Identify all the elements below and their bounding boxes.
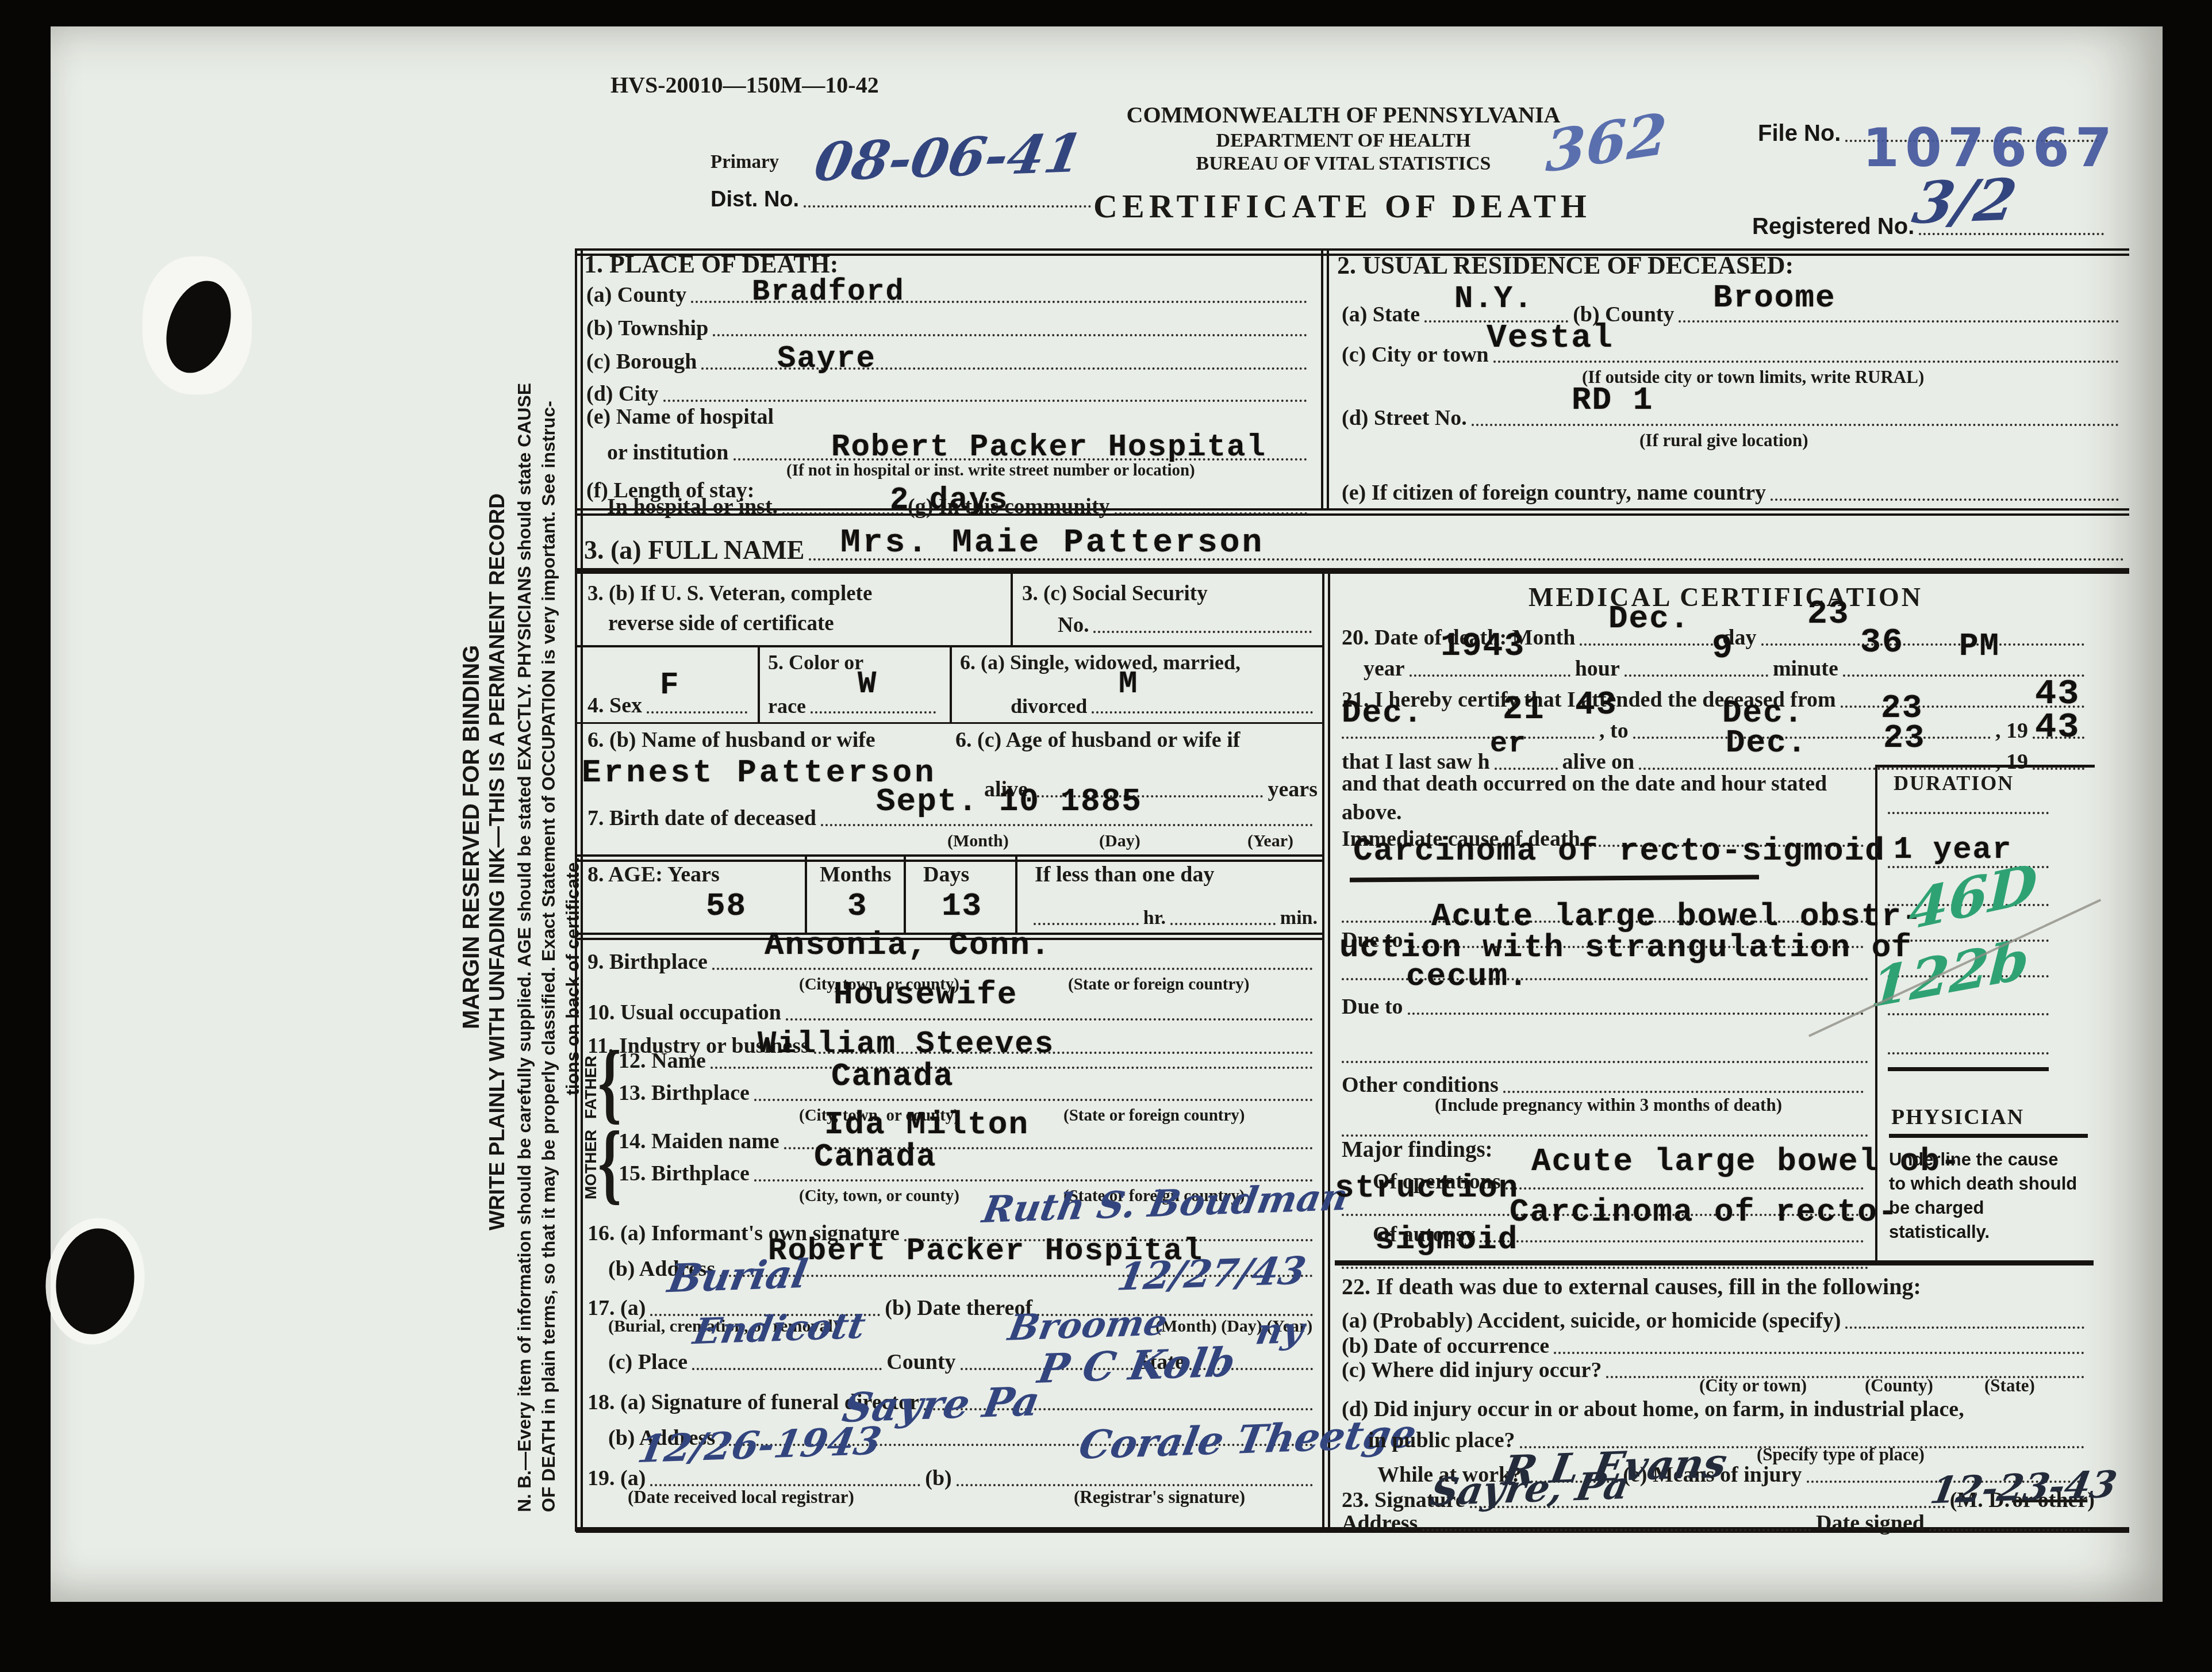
- disposition-county-label: County: [886, 1351, 955, 1373]
- marital-value: M: [1119, 669, 1138, 700]
- s1-hospital-note: (If not in hospital or inst. write stree…: [786, 462, 1195, 479]
- med-from-rule2: [1633, 737, 1991, 739]
- margin-note-line4: OF DEATH in plain terms, so that it may …: [539, 401, 558, 1512]
- med-month-rule: [1580, 643, 1718, 646]
- external-title: 22. If death was due to external causes,…: [1342, 1275, 1921, 1298]
- mother-name-label: 14. Maiden name: [619, 1130, 779, 1152]
- father-bp-line: 13. Birthplace: [619, 1073, 1318, 1104]
- med-year-label: year: [1364, 658, 1405, 680]
- s2-county-rule: [1679, 320, 2119, 323]
- cause-blank-dots2: [1342, 1035, 1868, 1066]
- father-name-value: William Steeves: [758, 1029, 1054, 1060]
- s1-city-rule: [663, 400, 1307, 402]
- mother-bp-line: 15. Birthplace: [619, 1153, 1318, 1184]
- med-certify-line: 21. I hereby certify that I attended the…: [1342, 680, 2089, 711]
- external-d-label2: in public place?: [1368, 1429, 1515, 1451]
- certifier-addr-label: Address: [1342, 1512, 1418, 1534]
- med-from-rule1: [1342, 737, 1595, 739]
- s2-city-value: Vestal: [1487, 322, 1614, 355]
- med-saw-label1: that I last saw h: [1342, 751, 1490, 773]
- age-years-value: 58: [706, 890, 747, 922]
- s1-borough-value: Sayre: [777, 344, 876, 375]
- duration-dot6: [1888, 1013, 2049, 1015]
- mother-note-city: (City, town, or county): [799, 1188, 959, 1205]
- birthdate-value: Sept. 10 1885: [876, 785, 1142, 818]
- rule-left: [575, 248, 583, 1532]
- duration-dot7: [1888, 1052, 2049, 1054]
- birthdate-rule: [821, 824, 1313, 826]
- color-line: race: [768, 685, 940, 716]
- rule-5-6: [950, 647, 952, 722]
- s2-city-line: (c) City or town: [1342, 335, 2123, 366]
- spouse-age-label: 6. (c) Age of husband or wife if: [955, 729, 1240, 751]
- rule-col-divider: [1322, 574, 1330, 1532]
- certifier-addr-value: Sayre, Pa: [1427, 1466, 1632, 1511]
- duration-top-rule: [1875, 765, 2095, 768]
- color-label1: 5. Color or: [768, 652, 863, 673]
- s2-street-line: (d) Street No.: [1342, 398, 2123, 429]
- operations-value-line2: struction: [1335, 1172, 1519, 1204]
- department-line: DEPARTMENT OF HEALTH: [1070, 131, 1616, 151]
- s1-city-label: (d) City: [586, 383, 659, 405]
- ssn-rule: [1093, 631, 1312, 633]
- med-day-rule: [1761, 643, 2085, 646]
- autopsy-value-line2: sigmoid: [1375, 1224, 1518, 1256]
- due2-label: Due to: [1342, 996, 1403, 1018]
- s1-borough-line: (c) Borough: [586, 342, 1312, 373]
- rule-fullname-bottom: [576, 568, 2129, 574]
- bureau-line: BUREAU OF VITAL STATISTICS: [1070, 154, 1616, 174]
- marital-label2: divorced: [1011, 696, 1087, 716]
- margin-note-line2: WRITE PLAINLY WITH UNFADING INK—THIS IS …: [486, 493, 508, 1230]
- med-saw-year: 43: [2035, 710, 2080, 745]
- marital-rule: [1092, 711, 1313, 714]
- registered-no-label: Registered No.: [1752, 215, 1914, 238]
- med-occurred-label1: and that death occurred on the date and …: [1342, 773, 1827, 795]
- rule-below-456: [576, 722, 1324, 724]
- med-saw-day: 23: [1883, 722, 1926, 756]
- med-from-line: , to, 19: [1342, 711, 2089, 742]
- other-conditions-line: Other conditions: [1342, 1065, 1868, 1096]
- age-label: 8. AGE: Years: [587, 864, 720, 885]
- certifier-addr-rule: [1422, 1529, 1811, 1531]
- dist-no-label: Dist. No.: [711, 189, 799, 210]
- med-hour-label: hour: [1575, 658, 1620, 680]
- s2-street-label: (d) Street No.: [1342, 407, 1467, 429]
- birthplace-label: 9. Birthplace: [587, 951, 708, 973]
- fullname-line: 3. (a) FULL NAME: [584, 532, 2129, 563]
- rule-4-5: [758, 647, 760, 722]
- s1-city-line: (d) City: [586, 374, 1312, 405]
- ssn-line: No.: [1058, 605, 1316, 636]
- veteran-label1: 3. (b) If U. S. Veteran, complete: [587, 583, 872, 604]
- funeral-value: P C Kolb: [1035, 1342, 1238, 1389]
- certifier-date-label: Date signed: [1816, 1512, 1925, 1534]
- med-to-sep: , 19: [1995, 720, 2028, 742]
- med-from-year: 43: [1575, 689, 1618, 722]
- med-saw-value: er: [1490, 730, 1527, 759]
- rule-below-7: [576, 854, 1324, 862]
- med-from-month: Dec.: [1342, 697, 1423, 729]
- med-saw-label2: alive on: [1562, 751, 1635, 773]
- external-c-note3: (State): [1984, 1376, 2035, 1394]
- color-rule: [811, 711, 936, 714]
- sex-label: 4. Sex: [587, 695, 642, 716]
- color-label2: race: [768, 696, 806, 716]
- age-hrmin-line: hr.min.: [1029, 897, 1318, 928]
- father-bp-value: Canada: [831, 1060, 954, 1092]
- s2-foreign-line: (e) If citizen of foreign country, name …: [1342, 473, 2123, 504]
- med-from-day: 21: [1503, 693, 1545, 727]
- med-day-value: 23: [1807, 598, 1850, 631]
- age-days-value: 13: [942, 890, 982, 922]
- ssn-no-label: No.: [1058, 615, 1089, 636]
- external-c-note2: (County): [1865, 1376, 1933, 1394]
- med-saw-sep: , 19: [1995, 751, 2028, 773]
- immediate-cause-value: Carcinoma of recto-sigmoid: [1353, 835, 1885, 867]
- penciled-number: 362: [1545, 105, 1668, 180]
- s2-foreign-rule: [1771, 498, 2119, 501]
- birth-month-note: (Month): [947, 833, 1009, 850]
- registrar-label-b: (b): [925, 1467, 951, 1489]
- occupation-label: 10. Usual occupation: [587, 1002, 781, 1023]
- s2-city-rule: [1493, 361, 2119, 363]
- s1-stay-value: 2 days: [890, 485, 1008, 516]
- external-c-label: (c) Where did injury occur?: [1342, 1359, 1602, 1381]
- color-value: W: [858, 669, 877, 700]
- duration-label: DURATION: [1894, 773, 2014, 793]
- s1-county-label: (a) County: [586, 284, 686, 306]
- father-bp-label: 13. Birthplace: [619, 1082, 750, 1104]
- dist-no-value: 08-06-41: [811, 126, 1086, 189]
- med-hour-rule: [1625, 674, 1768, 677]
- duration-solid-rule: [1888, 1067, 2049, 1071]
- punch-hole-bottom: [49, 1224, 141, 1340]
- s2-street-note: (If rural give location): [1639, 431, 1808, 449]
- spouse-label: 6. (b) Name of husband or wife: [587, 729, 875, 751]
- father-name-rule: [711, 1067, 1313, 1069]
- marital-label1: 6. (a) Single, widowed, married,: [960, 652, 1241, 673]
- margin-note-line3: N. B.—Every item of information should b…: [515, 383, 533, 1512]
- s1-stay-rule: [782, 512, 903, 515]
- age-less-label: If less than one day: [1035, 864, 1215, 885]
- s2-county-value: Broome: [1713, 282, 1836, 314]
- registered-no-value: 3/2: [1909, 171, 2021, 232]
- sex-rule: [647, 711, 747, 714]
- age-min-label: min.: [1280, 908, 1318, 928]
- s2-state-label: (a) State: [1342, 304, 1420, 325]
- disposition-label: 17. (a): [587, 1297, 646, 1319]
- rule-age3: [1015, 857, 1017, 933]
- s1-township-line: (b) Township: [586, 308, 1312, 339]
- due2-line: Due to: [1342, 987, 1868, 1018]
- age-hr-label: hr.: [1143, 908, 1166, 928]
- disposition-value: Burial: [665, 1255, 810, 1298]
- s1-township-rule: [713, 334, 1307, 336]
- registrar-sig-note: (Registrar's signature): [1074, 1488, 1245, 1506]
- s1-hospital-value: Robert Packer Hospital: [831, 432, 1266, 463]
- med-month-value: Dec.: [1608, 603, 1690, 635]
- spouse-age-years: years: [1268, 779, 1318, 800]
- certificate-title: CERTIFICATE OF DEATH: [1029, 190, 1656, 223]
- rule-mid-upper: [1321, 248, 1329, 511]
- certifier-date-value: 12-23-43: [1927, 1466, 2119, 1509]
- mother-bp-label: 15. Birthplace: [619, 1163, 750, 1184]
- disposition-place-value: Endicott: [690, 1308, 868, 1349]
- med-minute-label: minute: [1773, 658, 1838, 680]
- s2-street-value: RD 1: [1572, 384, 1653, 416]
- fullname-label: 3. (a) FULL NAME: [584, 537, 804, 563]
- birthplace-note-state: (State or foreign country): [1068, 976, 1249, 993]
- mother-name-value: Ida Milton: [824, 1109, 1029, 1141]
- s2-foreign-label: (e) If citizen of foreign country, name …: [1342, 482, 1766, 504]
- duration-dot1: [1888, 812, 2049, 814]
- file-no-label: File No.: [1758, 122, 1841, 145]
- ssn-label: 3. (c) Social Security: [1022, 583, 1208, 604]
- father-side-label: FATHER: [583, 1056, 599, 1119]
- age-days-label: Days: [923, 864, 969, 885]
- rule-age2: [904, 857, 906, 933]
- other-blank-rule: [1342, 1134, 1868, 1137]
- s1-county-value: Bradford: [752, 277, 905, 307]
- physician-note: Underline the cause to which death shoul…: [1889, 1148, 2079, 1244]
- commonwealth-line: COMMONWEALTH OF PENNSYLVANIA: [1070, 103, 1616, 126]
- s2-state-value: N.Y.: [1454, 284, 1534, 315]
- rule-age1: [805, 857, 807, 933]
- disposition-date-value: 12/27/43: [1115, 1251, 1309, 1295]
- father-bp-rule: [754, 1099, 1313, 1101]
- s1-hospital-label2: or institution: [607, 442, 729, 463]
- med-year-rule: [1410, 674, 1570, 677]
- primary-label: Primary: [711, 153, 779, 172]
- rule-3b3c: [1011, 574, 1013, 645]
- disposition-date-label: (b) Date thereof: [885, 1297, 1032, 1319]
- external-c-note1: (City or town): [1699, 1376, 1807, 1394]
- s2-title: 2. USUAL RESIDENCE OF DECEASED:: [1337, 253, 1794, 278]
- med-title: MEDICAL CERTIFICATION: [1335, 584, 2117, 611]
- physician-title: PHYSICIAN: [1891, 1106, 2024, 1128]
- registrar-date-rule: [650, 1484, 920, 1486]
- med-saw-line: that I last saw halive on, 19: [1342, 742, 2089, 773]
- birthplace-value: Ansonia, Conn.: [765, 929, 1051, 961]
- med-saw-rule1: [1495, 768, 1558, 770]
- rule-below-findings: [1335, 1260, 2094, 1265]
- autopsy-value-line1: Carcinoma of recto-: [1510, 1196, 1899, 1228]
- med-year-value: 1943: [1441, 630, 1525, 664]
- registrar-date-note: (Date received local registrar): [628, 1488, 854, 1506]
- birth-day-note: (Day): [1099, 833, 1140, 850]
- s1-borough-label: (c) Borough: [586, 351, 697, 373]
- s2-street-rule: [1472, 424, 2119, 426]
- age-months-value: 3: [847, 890, 868, 922]
- other-blank-dots: [1342, 1109, 1868, 1140]
- disposition-state-value: ny: [1253, 1313, 1307, 1350]
- mother-side-label: MOTHER: [583, 1130, 599, 1199]
- form-code: HVS-20010—150M—10-42: [610, 74, 879, 97]
- major-findings-label: Major findings:: [1342, 1138, 1493, 1161]
- s1-county-line: (a) County: [586, 275, 1312, 306]
- med-minute-value: 36: [1860, 626, 1904, 660]
- due2-rule: [1408, 1013, 1864, 1015]
- margin-note-line1: MARGIN RESERVED FOR BINDING: [460, 645, 483, 1029]
- med-saw-rule2: [1639, 768, 1991, 770]
- med-hour-value: 9: [1712, 631, 1734, 666]
- s1-title: 1. PLACE OF DEATH:: [584, 252, 838, 277]
- occupation-value: Housewife: [834, 979, 1017, 1011]
- s1-community-rule: [1115, 512, 1307, 515]
- mother-brace: {: [598, 1119, 621, 1209]
- other-conditions-label: Other conditions: [1342, 1074, 1499, 1096]
- father-name-label: 12. Name: [619, 1050, 706, 1072]
- med-saw-month: Dec.: [1726, 727, 1807, 759]
- age-months-label: Months: [820, 864, 892, 885]
- age-hr-rule1: [1034, 923, 1139, 925]
- physician-title-rule: [1889, 1134, 2088, 1138]
- certifier-date-rule: [1929, 1529, 2090, 1531]
- age-hr-rule2: [1170, 923, 1276, 925]
- birth-year-note: (Year): [1247, 833, 1293, 850]
- veteran-label2: reverse side of certificate: [608, 613, 834, 634]
- birthdate-label: 7. Birth date of deceased: [587, 807, 816, 829]
- sex-value: F: [660, 670, 679, 701]
- other-conditions-rule: [1503, 1091, 1864, 1093]
- cause-blank-rule2: [1342, 1061, 1868, 1063]
- med-ampm-value: PM: [1959, 630, 2000, 662]
- s1-stay-sub: In hospital or inst.: [607, 496, 778, 517]
- mother-bp-value: Canada: [814, 1141, 937, 1173]
- s2-city-label: (c) City or town: [1342, 344, 1489, 366]
- fullname-value: Mrs. Maie Patterson: [840, 527, 1264, 560]
- occupation-rule: [786, 1018, 1313, 1021]
- s1-township-label: (b) Township: [586, 317, 708, 339]
- autopsy-rule2: [1342, 1267, 1868, 1269]
- marital-line: divorced: [1011, 685, 1318, 716]
- external-d-label1: (d) Did injury occur in or about home, o…: [1342, 1398, 1964, 1420]
- s1-hospital-label1: (e) Name of hospital: [586, 406, 774, 428]
- birthplace-rule: [712, 968, 1313, 970]
- disposition-place-label: (c) Place: [608, 1351, 688, 1373]
- registrar-date-value: 12/26-1943: [635, 1422, 884, 1468]
- disposition-county-value: Broome: [1006, 1305, 1170, 1345]
- disposition-place-rule: [692, 1368, 882, 1370]
- registrar-sig-rule: [957, 1484, 1313, 1486]
- due1-value-line1: Acute large bowel obstr-: [1431, 900, 1923, 933]
- scanned-death-certificate: MARGIN RESERVED FOR BINDING WRITE PLAINL…: [0, 0, 2212, 1672]
- med-saw-rule3: [2033, 768, 2084, 770]
